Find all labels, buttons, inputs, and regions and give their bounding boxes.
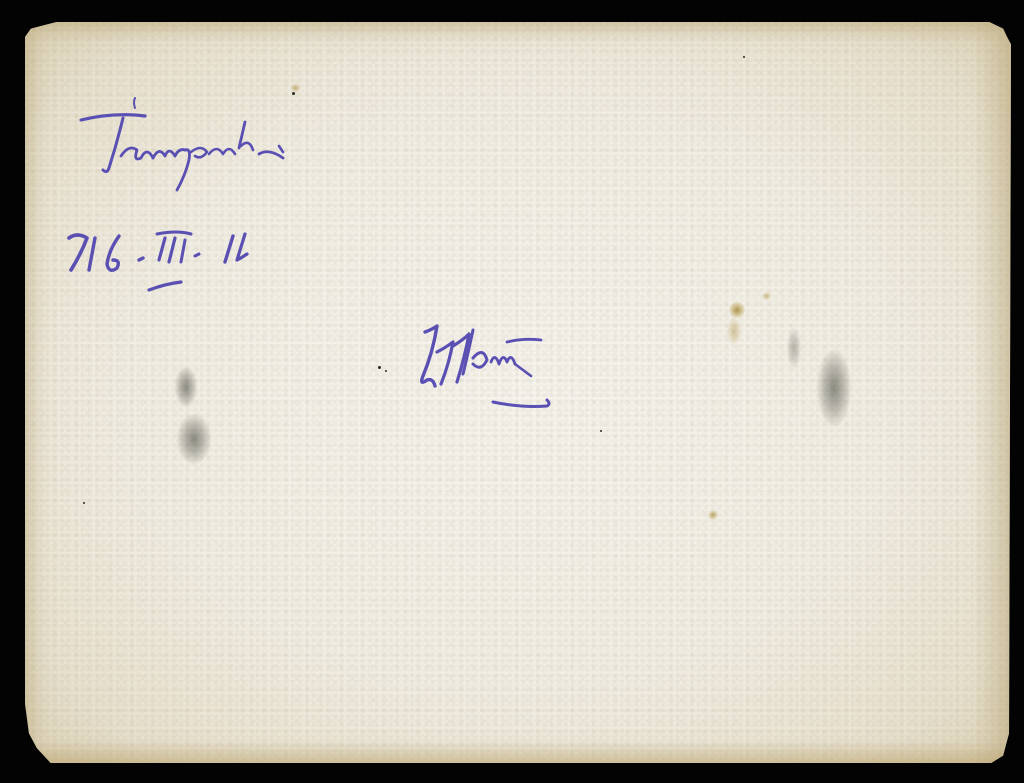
inscription-place: Тампере [73, 98, 333, 198]
inscription-signature: И. Кони [411, 312, 581, 422]
inscription-date: 916 · III · 11 [61, 216, 281, 306]
handwriting-place-strokes [73, 98, 333, 198]
handwriting-signature-strokes [411, 312, 581, 422]
scan-background: Тампере 916 · III · 11 [0, 0, 1024, 783]
handwriting-date-strokes [61, 216, 281, 306]
photo-card-back: Тампере 916 · III · 11 [25, 22, 1011, 763]
